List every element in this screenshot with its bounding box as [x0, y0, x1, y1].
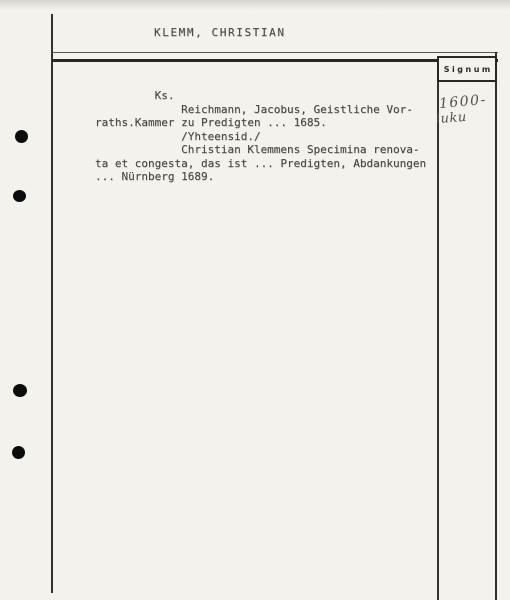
header-rule-thin [52, 52, 498, 53]
punch-hole [13, 384, 27, 397]
body-line: Christian Klemmens Specimina renova- [95, 143, 426, 157]
signum-column-left-rule [437, 81, 439, 600]
body-line: /Yhteensid./ [95, 130, 426, 144]
signum-header-box: Signum [437, 56, 497, 82]
card-left-rule [51, 14, 53, 593]
handwritten-signum-line1: 1600- [438, 92, 487, 112]
card-body-text: Ks. Reichmann, Jacobus, Geistliche Vor- … [95, 89, 426, 184]
header-rule-thick [52, 59, 498, 62]
signum-column-right-rule [495, 52, 497, 600]
body-line: raths.Kammer zu Predigten ... 1685. [95, 116, 426, 130]
body-line: Reichmann, Jacobus, Geistliche Vor- [95, 103, 426, 117]
card-heading: KLEMM, CHRISTIAN [154, 26, 286, 39]
punch-hole [13, 190, 26, 202]
punch-hole [12, 446, 25, 459]
catalog-card-scan: KLEMM, CHRISTIAN Signum 1600- luku Ks. R… [0, 0, 510, 600]
body-line: Ks. [95, 89, 426, 103]
body-line: ta et congesta, das ist ... Predigten, A… [95, 157, 426, 171]
signum-label: Signum [441, 65, 492, 74]
body-line: ... Nürnberg 1689. [95, 170, 426, 184]
handwritten-signum-line2: luku [436, 110, 468, 127]
scan-edge-shadow [0, 0, 510, 10]
punch-hole [15, 130, 28, 143]
